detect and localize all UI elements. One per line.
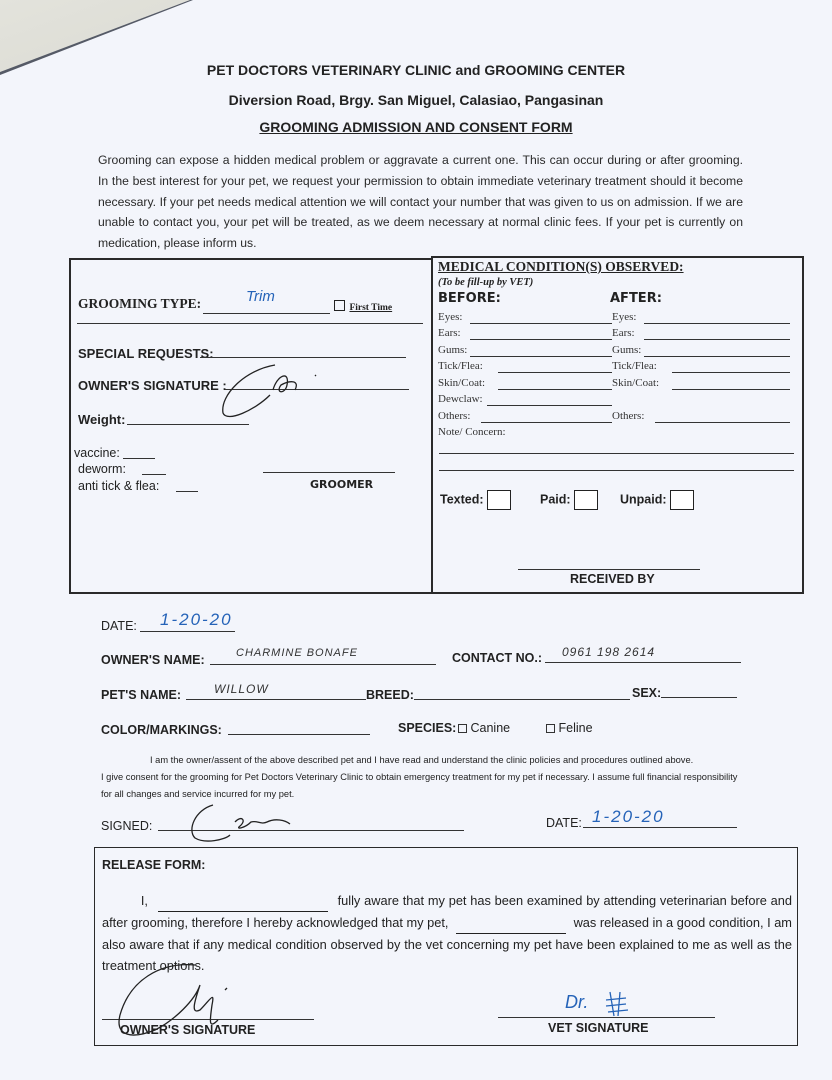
texted-label: Texted: [440,492,484,506]
unpaid-label: Unpaid: [620,492,667,506]
owner-name-label: OWNER'S NAME: [101,653,205,667]
release-owner-name-field[interactable] [158,890,328,912]
before-field-label: Gums: [438,344,467,356]
anti-tick-flea-label: anti tick & flea: [78,479,159,493]
received-by-line[interactable] [518,569,700,570]
before-field-input[interactable] [487,405,612,406]
vet-signature-field: Dr. [565,992,588,1013]
color-markings-label: COLOR/MARKINGS: [101,723,222,737]
color-markings-field[interactable] [228,734,370,735]
note-line-1[interactable] [439,453,794,454]
canine-checkbox[interactable] [458,724,467,733]
before-heading: BEFORE: [438,291,501,306]
consent-date-label: DATE: [546,816,582,830]
release-i: I, [102,890,148,911]
contact-line [545,662,741,663]
grooming-type-line [203,313,330,314]
vaccine-label: vaccine: [74,446,120,460]
deworm-field[interactable] [142,474,166,475]
release-text: I, fully aware that my pet has been exam… [102,890,792,976]
special-requests-field[interactable] [200,357,406,358]
vaccine-field[interactable] [123,458,155,459]
owner-name-line [210,664,436,665]
first-time-option[interactable]: First Time [334,297,392,315]
paid-label: Paid: [540,492,571,506]
breed-field[interactable] [414,699,630,700]
owner-signature-label: OWNER'S SIGNATURE : [78,378,227,393]
medical-title: MEDICAL CONDITION(S) OBSERVED: [438,259,684,275]
grooming-type-label: GROOMING TYPE: [78,296,201,312]
after-heading: AFTER: [610,291,662,306]
deworm-label: deworm: [78,462,126,476]
feline-checkbox[interactable] [546,724,555,733]
unpaid-checkbox[interactable] [670,490,694,510]
before-field-label: Ears: [438,327,461,339]
release-pet-name-field[interactable] [456,912,566,934]
release-owner-signature-label: OWNER'S SIGNATURE [120,1023,255,1037]
clinic-address: Diversion Road, Brgy. San Miguel, Calasi… [0,92,832,108]
first-time-checkbox[interactable] [334,300,345,311]
consent-date-line [583,827,737,828]
vet-signature-label: VET SIGNATURE [548,1021,648,1035]
before-field-label: Tick/Flea: [438,360,483,372]
pet-name-line [186,699,366,700]
after-field-input[interactable] [672,372,790,373]
after-field-label: Ears: [612,327,635,339]
consent-signature-scribble [185,800,315,845]
date-label: DATE: [101,619,137,633]
contact-label: CONTACT NO.: [452,651,542,665]
sex-field[interactable] [661,697,737,698]
date-field[interactable]: 1-20-20 [160,610,233,630]
note-concern-label: Note/ Concern: [438,426,506,438]
after-field-label: Gums: [612,344,641,356]
first-time-label: First Time [349,303,392,313]
after-field-label: Skin/Coat: [612,377,659,389]
date-line [140,631,235,632]
special-requests-label: SPECIAL REQUESTS: [78,346,214,361]
owner-signature-field[interactable] [225,389,409,390]
species-label: SPECIES: [398,721,456,735]
paid-option[interactable]: Paid: [540,490,598,510]
species-canine-option[interactable]: Canine [458,721,510,735]
after-field-label: Others: [612,410,644,422]
medical-subtitle: (To be fill-up by VET) [438,277,533,288]
anti-tick-flea-field[interactable] [176,491,198,492]
before-field-input[interactable] [470,339,612,340]
before-field-input[interactable] [470,323,612,324]
before-field-label: Others: [438,410,470,422]
clinic-name: PET DOCTORS VETERINARY CLINIC and GROOMI… [0,62,832,78]
contact-field[interactable]: 0961 198 2614 [562,645,655,659]
after-field-input[interactable] [644,356,790,357]
before-field-input[interactable] [498,372,612,373]
groomer-signature-line[interactable] [263,472,395,473]
groomer-label: GROOMER [310,478,373,491]
pet-name-label: PET'S NAME: [101,688,181,702]
texted-checkbox[interactable] [487,490,511,510]
weight-label: Weight: [78,412,125,427]
pet-name-field[interactable]: WILLOW [214,682,269,696]
before-field-label: Skin/Coat: [438,377,485,389]
before-field-label: Dewclaw: [438,393,483,405]
signed-label: SIGNED: [101,819,152,833]
consent-date-field[interactable]: 1-20-20 [592,807,665,827]
note-line-2[interactable] [439,470,794,471]
after-field-input[interactable] [655,422,790,423]
after-field-input[interactable] [672,389,790,390]
breed-label: BREED: [366,688,414,702]
before-field-input[interactable] [481,422,612,423]
release-title: RELEASE FORM: [102,858,205,872]
species-feline-option[interactable]: Feline [546,721,593,735]
release-owner-signature-line[interactable] [102,1019,314,1020]
texted-option[interactable]: Texted: [440,490,511,510]
medical-condition-box [431,256,804,594]
received-by-label: RECEIVED BY [570,572,655,586]
consent-line-1: I am the owner/assent of the above descr… [150,755,750,765]
sex-label: SEX: [632,686,661,700]
owner-name-field[interactable]: CHARMINE BONAFE [236,647,358,659]
canine-label: Canine [470,721,510,735]
weight-field[interactable] [127,424,249,425]
after-field-input[interactable] [644,323,790,324]
before-field-input[interactable] [498,389,612,390]
vet-signature-line[interactable] [498,1017,715,1018]
before-field-input[interactable] [470,356,612,357]
consent-signature-field[interactable] [158,830,464,831]
consent-text: I give consent for the grooming for Pet … [101,769,746,803]
before-field-label: Eyes: [438,311,462,323]
grooming-extra-line [77,323,423,324]
form-title: GROOMING ADMISSION AND CONSENT FORM [0,119,832,135]
after-field-input[interactable] [644,339,790,340]
grooming-type-field[interactable]: Trim [246,288,275,305]
after-field-label: Eyes: [612,311,636,323]
feline-label: Feline [558,721,592,735]
unpaid-option[interactable]: Unpaid: [620,490,694,510]
intro-paragraph: Grooming can expose a hidden medical pro… [98,150,743,254]
paid-checkbox[interactable] [574,490,598,510]
after-field-label: Tick/Flea: [612,360,657,372]
